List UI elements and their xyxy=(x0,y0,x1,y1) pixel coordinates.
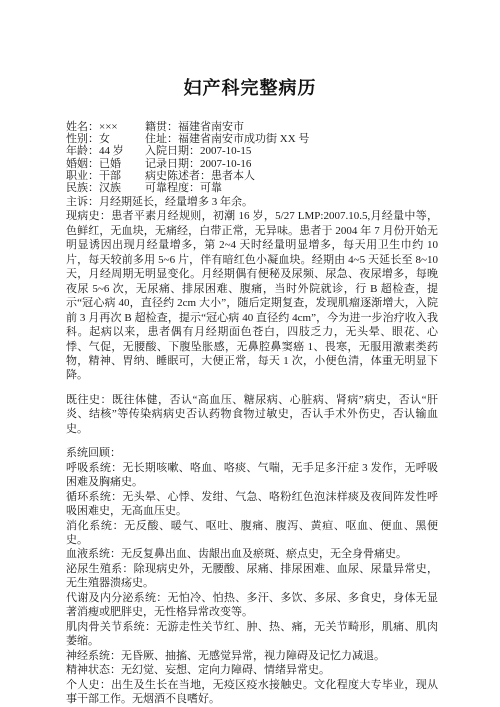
patient-info-row-sex: 性别：女 住址：福建省南安市成功街 XX 号 xyxy=(66,133,438,145)
reliability: 可靠程度：可靠 xyxy=(145,182,438,194)
patient-info-row-age: 年龄：44 岁 入院日期：2007-10-15 xyxy=(66,145,438,157)
patient-address: 住址：福建省南安市成功街 XX 号 xyxy=(145,133,438,145)
patient-name: 姓名：××× xyxy=(66,121,145,133)
present-illness-history: 现病史：患者平素月经规则，初潮 16 岁，5/27 LMP:2007.10.5,… xyxy=(66,209,438,382)
medical-record-page: 妇产科完整病历 姓名：××× 籍贯：福建省南安市 性别：女 住址：福建省南安市成… xyxy=(0,0,500,707)
patient-age: 年龄：44 岁 xyxy=(66,145,145,157)
patient-info-row-name: 姓名：××× 籍贯：福建省南安市 xyxy=(66,121,438,133)
personal-history: 个人史：出生及生长在当地，无疫区疫水接触史。文化程度大专毕业，现从事干部工作。无… xyxy=(66,678,438,707)
mental-state: 精神状态：无幻觉、妄想、定向力障碍、情绪异常史。 xyxy=(66,663,438,677)
digestive-system: 消化系统：无反酸、暖气、呕吐、腹痛、腹泻、黄疸、呕血、便血、黑便史。 xyxy=(66,519,438,548)
chief-complaint: 主诉：月经期延长，经量增多 3 年余。 xyxy=(66,195,438,209)
patient-sex: 性别：女 xyxy=(66,133,145,145)
record-date: 记录日期：2007-10-16 xyxy=(145,158,438,170)
patient-native-place: 籍贯：福建省南安市 xyxy=(145,121,438,133)
record-body: 主诉：月经期延长，经量增多 3 年余。 现病史：患者平素月经规则，初潮 16 岁… xyxy=(66,195,438,706)
patient-info-row-occupation: 职业：干部 病史陈述者：患者本人 xyxy=(66,170,438,182)
hematologic-system: 血液系统：无反复鼻出血、齿龈出血及瘀斑、瘀点史，无全身骨痛史。 xyxy=(66,547,438,561)
systems-review-heading: 系统回顾： xyxy=(66,446,438,460)
past-history: 既往史：既往体健，否认“高血压、糖尿病、心脏病、肾病”病史，否认“肝炎、结核”等… xyxy=(66,393,438,436)
admission-date: 入院日期：2007-10-15 xyxy=(145,145,438,157)
musculoskeletal-system: 肌肉骨关节系统：无游走性关节红、肿、热、痛，无关节畸形，肌痛、肌肉萎缩。 xyxy=(66,620,438,649)
patient-info-row-marriage: 婚姻：已婚 记录日期：2007-10-16 xyxy=(66,158,438,170)
patient-ethnicity: 民族：汉族 xyxy=(66,182,145,194)
nervous-system: 神经系统：无昏厥、抽搐、无感觉异常，视力障碍及记忆力减退。 xyxy=(66,649,438,663)
urogenital-system: 泌尿生殖系：除现病史外，无腰酸、尿痛、排尿困难、血尿、尿量异常史，无生殖器溃疡史… xyxy=(66,562,438,591)
history-narrator: 病史陈述者：患者本人 xyxy=(145,170,438,182)
patient-info-row-ethnicity: 民族：汉族 可靠程度：可靠 xyxy=(66,182,438,194)
patient-marriage: 婚姻：已婚 xyxy=(66,158,145,170)
patient-occupation: 职业：干部 xyxy=(66,170,145,182)
patient-info-block: 姓名：××× 籍贯：福建省南安市 性别：女 住址：福建省南安市成功街 XX 号 … xyxy=(66,121,438,194)
endocrine-system: 代谢及内分泌系统：无怕冷、怕热、多汗、多饮、多尿、多食史，身体无显著消瘦或肥胖史… xyxy=(66,591,438,620)
document-title: 妇产科完整病历 xyxy=(0,74,500,100)
respiratory-system: 呼吸系统：无长期咳嗽、咯血、咯痰、气喘，无手足多汗症 3 发作，无呼吸困难及胸痛… xyxy=(66,461,438,490)
circulatory-system: 循环系统：无头晕、心悸、发绀、气急、咯粉红色泡沫样痰及夜间阵发性呼吸困难史，无高… xyxy=(66,490,438,519)
